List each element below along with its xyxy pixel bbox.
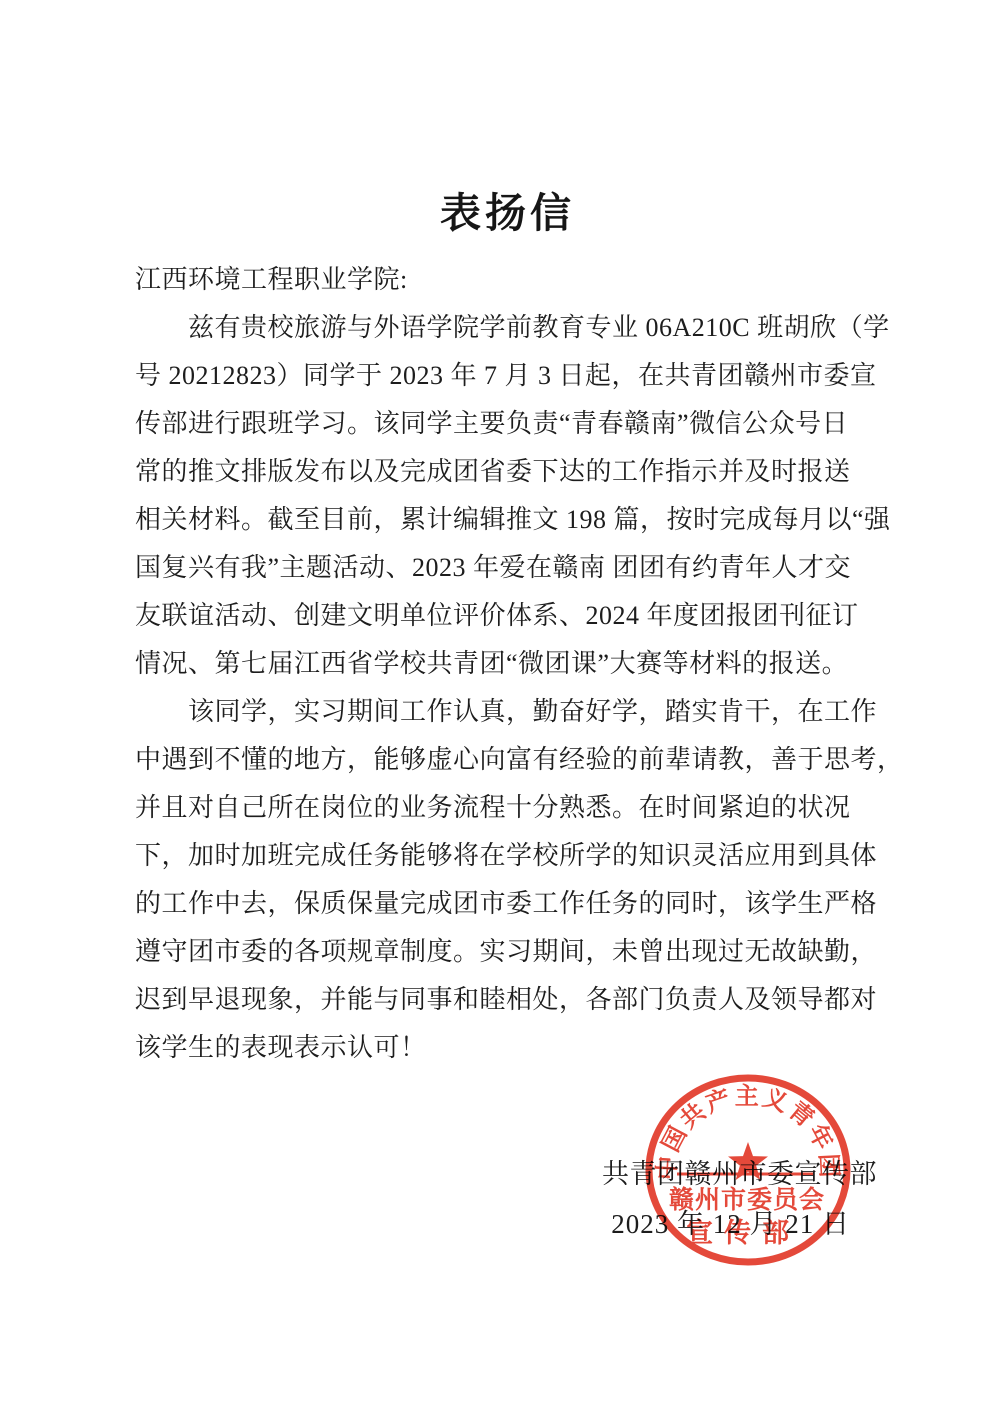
body-line: 遵守团市委的各项规章制度。实习期间，未曾出现过无故缺勤， <box>135 928 905 976</box>
body-line: 传部进行跟班学习。该同学主要负责“青春赣南”微信公众号日 <box>135 400 905 448</box>
letter-title: 表扬信 <box>135 180 880 239</box>
body-line: 国复兴有我”主题活动、2023 年爱在赣南 团团有约青年人才交 <box>135 544 905 592</box>
body-line: 常的推文排版发布以及完成团省委下达的工作指示并及时报送 <box>135 448 905 496</box>
body-line: 中遇到不懂的地方，能够虚心向富有经验的前辈请教，善于思考， <box>135 736 905 784</box>
seal-inner-text-department: 宣传部 <box>686 1217 800 1248</box>
body-line: 并且对自己所在岗位的业务流程十分熟悉。在时间紧迫的状况 <box>135 784 905 832</box>
letter-page: 表扬信 江西环境工程职业学院: 兹有贵校旅游与外语学院学前教育专业 06A210… <box>0 0 1000 1414</box>
body-line: 下，加时加班完成任务能够将在学校所学的知识灵活应用到具体 <box>135 832 905 880</box>
official-seal: 中国共产主义青年团 赣州市委员会 宣传部 <box>643 1074 853 1270</box>
body-line: 迟到早退现象，并能与同事和睦相处，各部门负责人及领导都对 <box>135 976 905 1024</box>
seal-inner-text-committee: 赣州市委员会 <box>669 1185 825 1214</box>
body-line: 兹有贵校旅游与外语学院学前教育专业 06A210C 班胡欣（学 <box>135 304 905 352</box>
body-line: 该学生的表现表示认可！ <box>135 1024 905 1072</box>
body-line: 相关材料。截至目前，累计编辑推文 198 篇，按时完成每月以“强 <box>135 496 905 544</box>
body-line: 情况、第七届江西省学校共青团“微团课”大赛等材料的报送。 <box>135 640 905 688</box>
letter-body: 江西环境工程职业学院: 兹有贵校旅游与外语学院学前教育专业 06A210C 班胡… <box>135 256 905 1072</box>
body-line: 的工作中去，保质保量完成团市委工作任务的同时，该学生严格 <box>135 880 905 928</box>
salutation-line: 江西环境工程职业学院: <box>135 256 905 304</box>
body-line: 号 20212823）同学于 2023 年 7 月 3 日起，在共青团赣州市委宣 <box>135 352 905 400</box>
body-line: 该同学，实习期间工作认真，勤奋好学，踏实肯干，在工作 <box>135 688 905 736</box>
body-line: 友联谊活动、创建文明单位评价体系、2024 年度团报团刊征订 <box>135 592 905 640</box>
